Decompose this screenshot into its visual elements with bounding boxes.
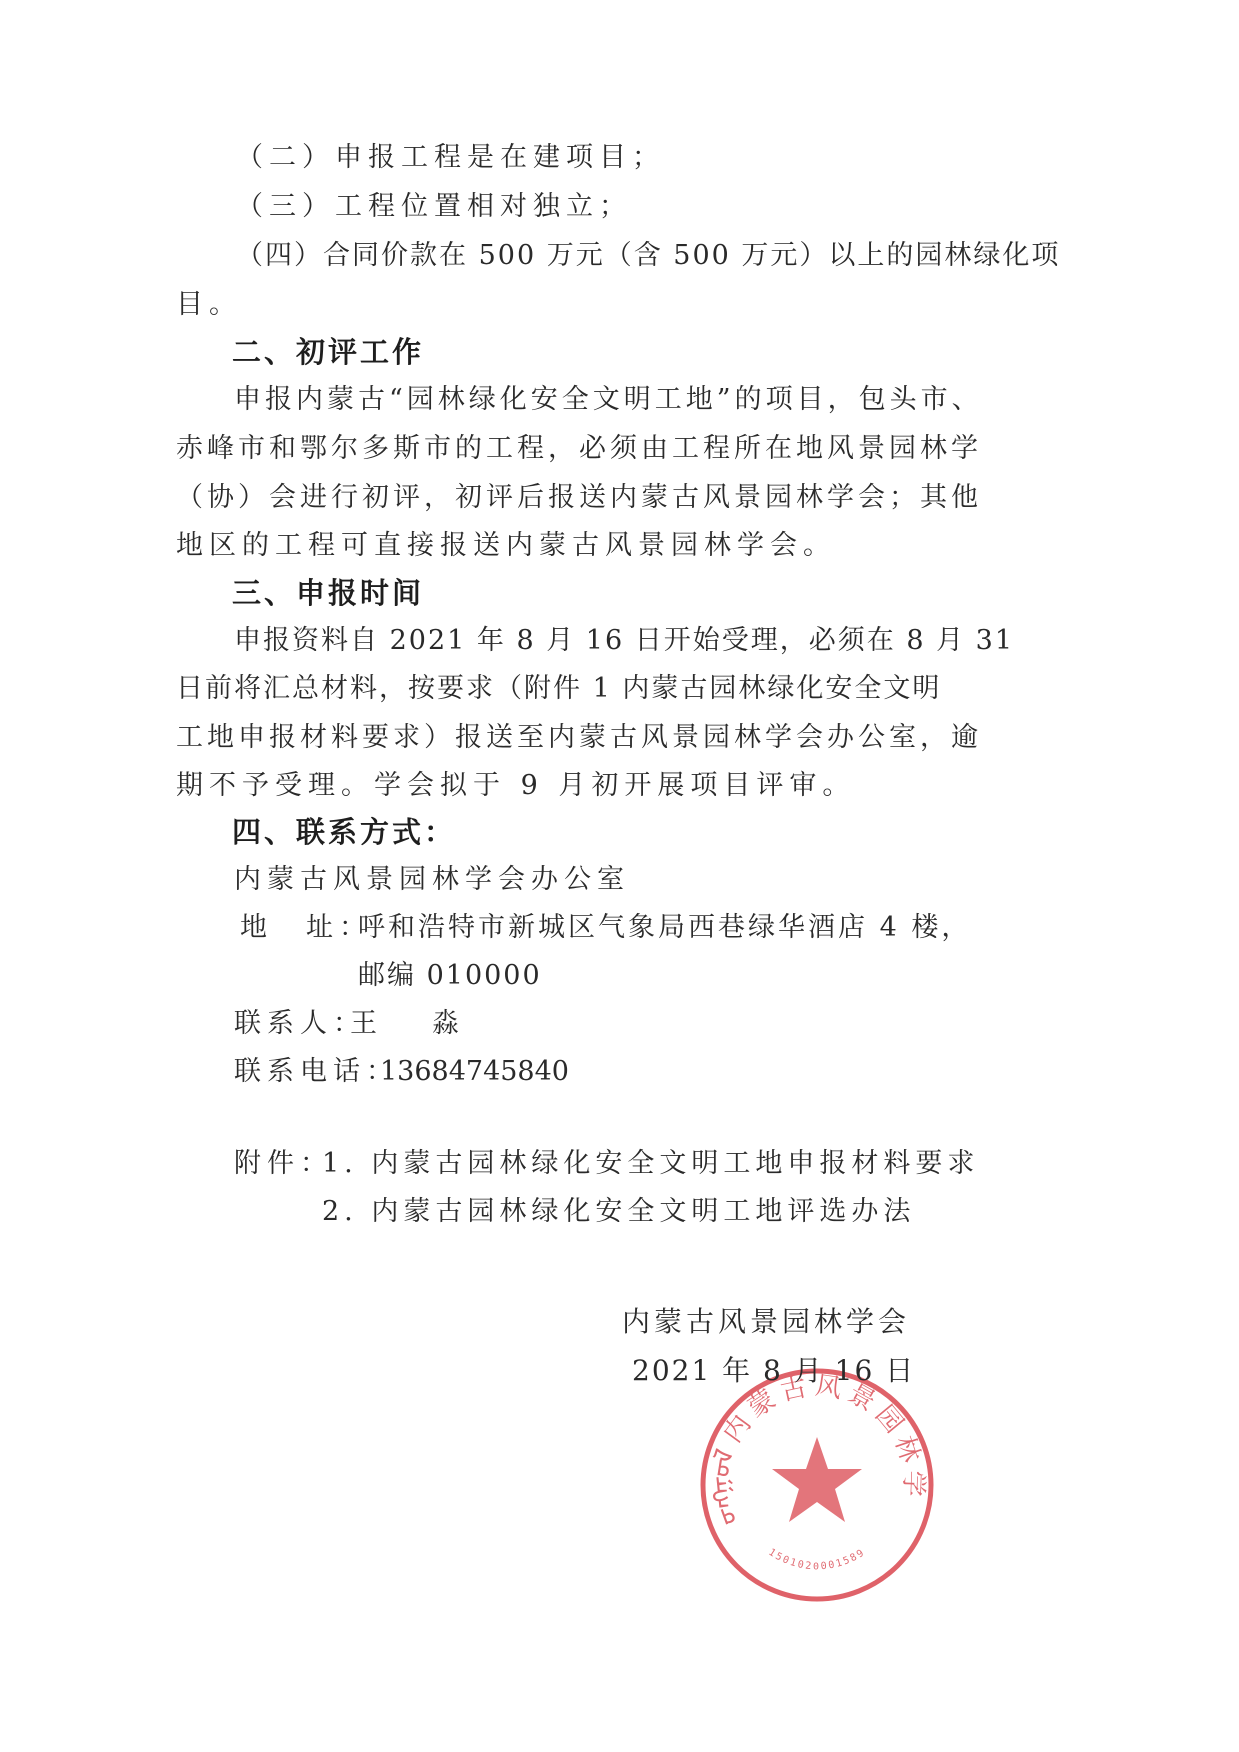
paragraph-line: 期不予受理。学会拟于 9 月初开展项目评审。: [176, 768, 855, 804]
section-heading-initial-review: 二、初评工作: [232, 334, 424, 370]
criterion-4-cont: 目。: [176, 287, 242, 323]
paragraph-line: 申报资料自 2021 年 8 月 16 日开始受理，必须在 8 月 31: [234, 623, 936, 659]
paragraph-line: 赤峰市和鄂尔多斯市的工程，必须由工程所在地风景园林学: [176, 431, 936, 467]
contact-label: 联系人：: [234, 1006, 366, 1042]
signature-date: 2021 年 8 月 16 日: [632, 1353, 915, 1389]
address-line-1: 呼和浩特市新城区气象局西巷绿华酒店 4 楼，: [358, 910, 971, 946]
paragraph-line: 工地申报材料要求）报送至内蒙古风景园林学会办公室，逾: [176, 720, 936, 756]
official-seal-icon: ᠮᠣᠩᠭᠣᠯ 内蒙古风景园林学会 1501020001589: [697, 1365, 937, 1605]
phone-label: 联系电话：: [234, 1054, 399, 1090]
address-line-2: 邮编 010000: [358, 958, 542, 994]
section-heading-application-time: 三、申报时间: [232, 575, 424, 611]
attachment-item-2: 2. 内蒙古园林绿化安全文明工地评选办法: [322, 1194, 915, 1230]
phone-number: 13684745840: [380, 1054, 569, 1090]
paragraph-line: 申报内蒙古“园林绿化安全文明工地”的项目，包头市、: [234, 382, 936, 418]
paragraph-line: 地区的工程可直接报送内蒙古风景园林学会。: [176, 528, 836, 564]
criterion-2: （二）申报工程是在建项目；: [236, 140, 665, 176]
attachment-item-1: 1. 内蒙古园林绿化安全文明工地申报材料要求: [322, 1146, 979, 1182]
signature-organization: 内蒙古风景园林学会: [622, 1304, 910, 1340]
contact-name: 王 淼: [350, 1006, 473, 1042]
office-name: 内蒙古风景园林学会办公室: [234, 862, 630, 898]
section-heading-contact: 四、联系方式：: [232, 814, 456, 850]
attachments-label: 附件：: [234, 1146, 333, 1182]
criterion-4: （四）合同价款在 500 万元（含 500 万元）以上的园林绿化项: [236, 238, 936, 274]
paragraph-line: 日前将汇总材料，按要求（附件 1 内蒙古园林绿化安全文明: [176, 671, 936, 707]
address-label: 地 址：: [240, 910, 372, 946]
criterion-3: （三）工程位置相对独立；: [236, 189, 632, 225]
paragraph-line: （协）会进行初评，初评后报送内蒙古风景园林学会；其他: [176, 480, 936, 516]
svg-text:1501020001589: 1501020001589: [766, 1547, 867, 1572]
